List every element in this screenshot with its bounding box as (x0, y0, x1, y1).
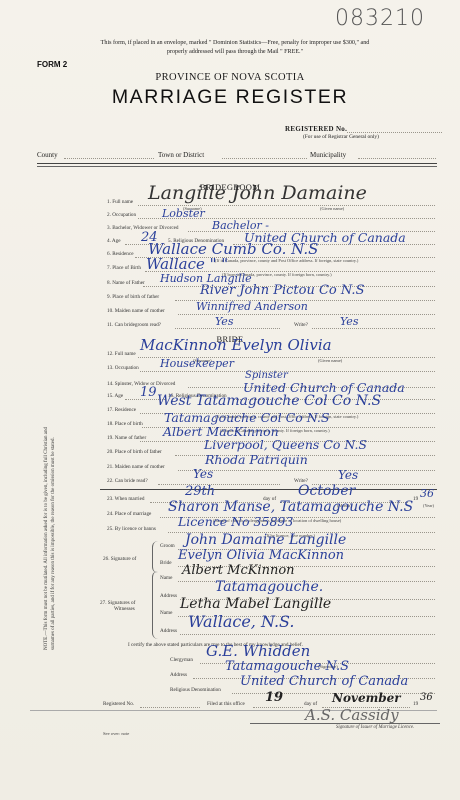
bride-mother-line (178, 470, 435, 471)
when-married-label: 23. When married (107, 496, 145, 502)
bride-signature[interactable]: Evelyn Olivia MacKinnon (178, 548, 344, 563)
filed-month-value[interactable]: November (332, 691, 401, 705)
bride-full-name-value[interactable]: MacKinnon Evelyn Olivia (140, 336, 332, 354)
filing-registered-no-line[interactable] (140, 707, 200, 708)
bride-section-divider (100, 489, 437, 490)
registered-no-note: (For use of Registrar General only) (303, 134, 379, 140)
bride-given-sub: (Given name) (318, 358, 342, 363)
filed-day-line (253, 707, 303, 708)
bride-residence-label: 17. Residence (107, 407, 136, 413)
serial-number: 083210 (335, 6, 425, 31)
bride-write-value[interactable]: Yes (338, 468, 358, 482)
clergyman-signature[interactable]: G.E. Whidden (206, 642, 310, 660)
marriage-day-value[interactable]: 29th (185, 484, 215, 499)
groom-mother-value[interactable]: Winnifred Anderson (196, 300, 308, 313)
marriage-place-label: 24. Place of marriage (107, 511, 151, 517)
mail-notice-line-1: This form, if placed in an envelope, mar… (40, 39, 430, 48)
bride-read-label: 22. Can bride read? (107, 478, 148, 484)
filed-label: Filed at this office (207, 701, 245, 707)
clergyman-address[interactable]: Tatamagouche N.S (225, 659, 349, 674)
form-number: FORM 2 (37, 60, 67, 69)
filing-registered-no-label: Registered No. (103, 701, 134, 707)
mail-notice: This form, if placed in an envelope, mar… (40, 39, 430, 57)
groom-birthplace-label: 7. Place of Birth (107, 265, 141, 271)
groom-residence-label: 6. Residence (107, 251, 134, 257)
bride-residence-value[interactable]: West Tatamagouche Col Co N.S (157, 393, 381, 409)
registered-no-line[interactable] (347, 132, 442, 133)
groom-given-sub: (Given name) (320, 206, 344, 211)
groom-read-label: 11. Can bridegroom read? (107, 322, 161, 328)
municipality-label: Municipality (310, 151, 346, 159)
clergyman-address-label: Address (170, 672, 187, 678)
clergyman-label: Clergyman (170, 657, 193, 663)
groom-signature-label: Groom (160, 543, 175, 549)
groom-occupation-label: 2. Occupation (107, 212, 136, 218)
witness2-address-line (180, 634, 435, 635)
side-note-line-2: surnames of all parties, and if for any … (50, 290, 57, 650)
issuer-signature[interactable]: A.S. Cassidy (305, 706, 399, 724)
groom-read-line (175, 328, 280, 329)
groom-write-value[interactable]: Yes (340, 315, 358, 328)
bride-mother-value[interactable]: Rhoda Patriquin (205, 452, 308, 467)
filed-year-prefix: 19 (413, 701, 418, 707)
groom-father-label: 8. Name of Father (107, 280, 145, 286)
groom-write-label: Write? (294, 322, 308, 328)
groom-full-name-value[interactable]: Langille John Damaine (148, 182, 367, 204)
witness2-name[interactable]: Letha Mabel Langille (180, 596, 331, 612)
licence-value[interactable]: Licence No 35893 (178, 514, 293, 529)
bride-signature-label: Bride (160, 560, 172, 566)
bride-birthplace-value[interactable]: Tatamagouche Col Co N.S (164, 410, 329, 425)
bride-age-label: 15. Age (107, 393, 123, 399)
town-label: Town or District (158, 151, 204, 159)
page-title: MARRIAGE REGISTER (0, 86, 460, 109)
clergyman-denomination[interactable]: United Church of Canada (240, 674, 408, 689)
county-label: County (37, 151, 58, 159)
groom-residence-sub: (If in Canada, province, county and Post… (215, 258, 358, 263)
marriage-register-form: 083210 This form, if placed in an envelo… (0, 0, 460, 800)
signature-of-label: 26. Signature of (103, 556, 136, 562)
witness1-name-label: Name (160, 575, 172, 581)
groom-read-value[interactable]: Yes (215, 315, 233, 328)
province-heading: PROVINCE OF NOVA SCOTIA (0, 72, 460, 83)
groom-birthplace-value[interactable]: Wallace " " (146, 255, 228, 273)
witness-signatures-label: 27. Signatures of Witnesses (100, 600, 135, 612)
bride-read-value[interactable]: Yes (193, 467, 213, 481)
header-divider (37, 163, 437, 164)
bride-age-value[interactable]: 19 (140, 385, 157, 400)
header-divider-thin (37, 166, 437, 167)
municipality-field[interactable] (358, 158, 436, 159)
bride-father-birthplace-label: 20. Place of birth of father (107, 449, 162, 455)
issuer-signature-line (250, 723, 440, 724)
marriage-year-value[interactable]: 36 (420, 487, 434, 500)
groom-occupation-value[interactable]: Lobster (162, 207, 205, 220)
signature-bracket (152, 541, 158, 573)
bride-occupation-value[interactable]: Housekeeper (160, 357, 234, 370)
witness-bracket (152, 571, 158, 639)
groom-father-birthplace-value[interactable]: River John Pictou Co N.S (200, 283, 364, 298)
footer-note: See over: note (103, 731, 129, 736)
town-field[interactable] (222, 158, 307, 159)
county-field[interactable] (64, 158, 154, 159)
groom-full-name-label: 1. Full name (107, 199, 133, 205)
marriage-place-value[interactable]: Sharon Manse, Tatamagouche N.S (168, 499, 413, 515)
groom-write-line (312, 328, 435, 329)
issuer-signature-sub: Signature of Issuer of Marriage Licence. (336, 725, 414, 730)
clergyman-denomination-label: Religious Denomination (170, 687, 221, 693)
groom-age-label: 4. Age (107, 238, 121, 244)
witness1-address-label: Address (160, 593, 177, 599)
bride-mother-label: 21. Maiden name of mother (107, 464, 165, 470)
filed-year-value[interactable]: 36 (420, 692, 433, 703)
witness1-address[interactable]: Tatamagouche. (215, 579, 323, 595)
bride-birthplace-label: 18. Place of birth (107, 421, 143, 427)
bride-full-name-label: 12. Full name (107, 351, 136, 357)
licence-label: 25. By licence or banns (107, 526, 156, 532)
mail-notice-line-2: properly addressed will pass through the… (40, 48, 430, 57)
filed-day-value[interactable]: 19 (265, 690, 283, 705)
witness-label-line-2: Witnesses (100, 606, 135, 612)
witness2-address[interactable]: Wallace, N.S. (188, 612, 295, 631)
side-note: NOTE.—This form must not be mutilated. A… (43, 290, 57, 650)
witness2-name-label: Name (160, 610, 172, 616)
marriage-year-sub: (Year) (423, 503, 434, 508)
groom-mother-label: 10. Maiden name of mother (107, 308, 165, 314)
bride-father-birthplace-value[interactable]: Liverpool, Queens Co N.S (204, 437, 367, 452)
witness2-address-label: Address (160, 628, 177, 634)
side-note-line-1: NOTE.—This form must not be mutilated. A… (43, 290, 50, 650)
groom-father-birthplace-label: 9. Place of birth of father (107, 294, 159, 300)
registered-no-label: REGISTERED No. (285, 125, 347, 133)
marriage-month-value[interactable]: October (298, 483, 355, 499)
witness1-name[interactable]: Albert McKinnon (182, 563, 295, 578)
bride-occupation-label: 13. Occupation (107, 365, 139, 371)
bride-read-line (158, 484, 280, 485)
groom-signature[interactable]: John Damaine Langille (185, 532, 346, 548)
marriage-year-prefix: 19 (413, 496, 418, 502)
